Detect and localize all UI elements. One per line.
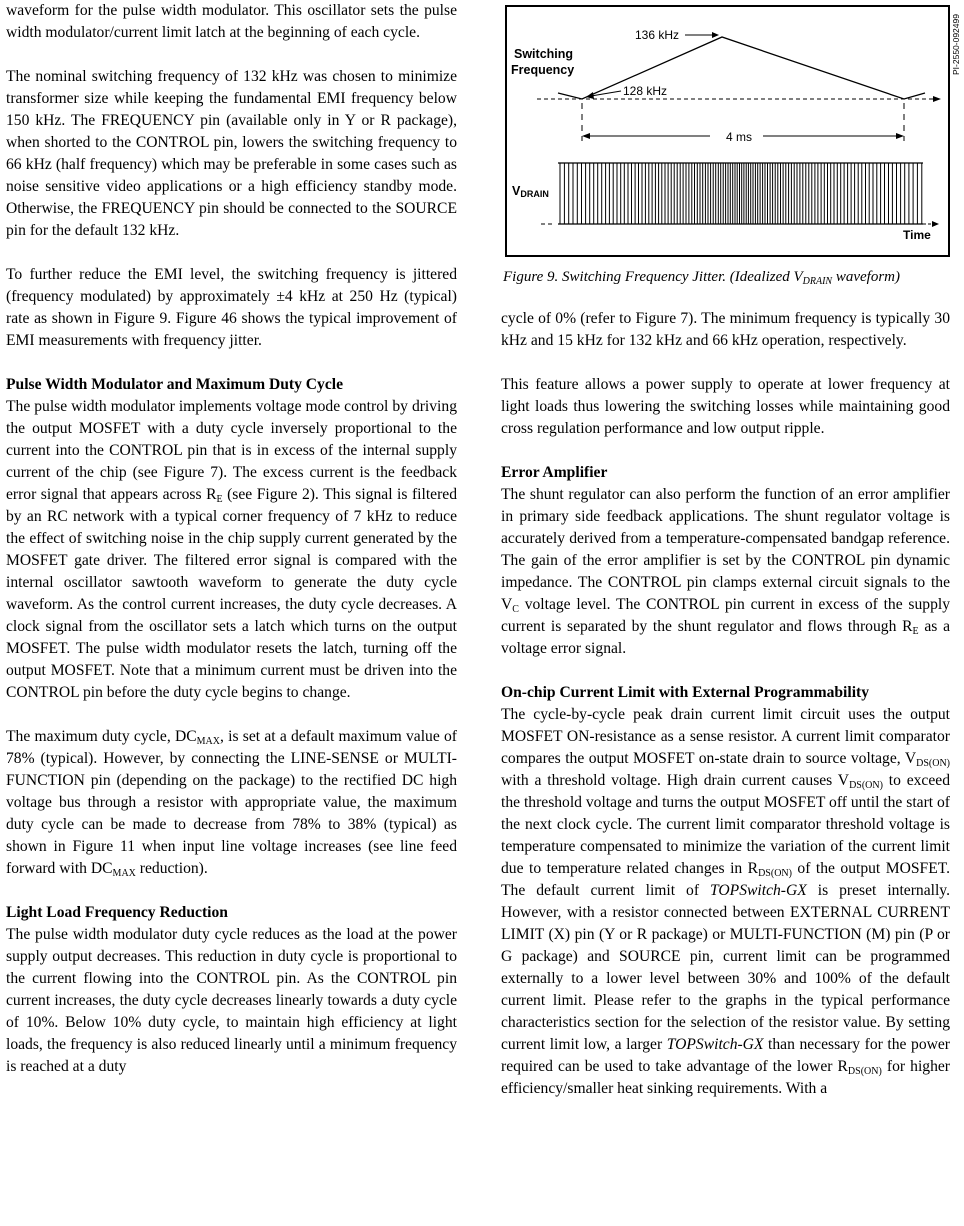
paragraph-min-frequency: cycle of 0% (refer to Figure 7). The min… xyxy=(501,308,950,352)
label-vdrain: VDRAIN xyxy=(512,184,549,199)
heading-error-amplifier: Error Amplifier xyxy=(501,462,950,484)
figure-id: PI-2550-092499 xyxy=(951,5,963,75)
paragraph-current-limit: The cycle-by-cycle peak drain current li… xyxy=(501,704,950,1100)
diagram-title-line2: Frequency xyxy=(511,63,574,77)
label-min-frequency: 128 kHz xyxy=(623,84,667,98)
paragraph-light-load-benefit: This feature allows a power supply to op… xyxy=(501,374,950,440)
paragraph-light-load: The pulse width modulator duty cycle red… xyxy=(6,924,457,1078)
label-period: 4 ms xyxy=(726,130,752,144)
heading-current-limit: On-chip Current Limit with External Prog… xyxy=(501,682,950,704)
paragraph-error-amplifier: The shunt regulator can also perform the… xyxy=(501,484,950,660)
label-time-axis: Time xyxy=(903,228,931,242)
paragraph-oscillator: waveform for the pulse width modulator. … xyxy=(6,0,457,44)
left-column: waveform for the pulse width modulator. … xyxy=(6,0,457,1078)
paragraph-nominal-frequency: The nominal switching frequency of 132 k… xyxy=(6,66,457,242)
switching-frequency-jitter-diagram: Switching Frequency 136 kHz 128 kHz 4 ms… xyxy=(505,5,953,261)
label-max-frequency: 136 kHz xyxy=(635,28,679,42)
vdrain-pulse-train xyxy=(560,163,922,224)
right-column: cycle of 0% (refer to Figure 7). The min… xyxy=(501,308,950,1100)
heading-pwm: Pulse Width Modulator and Maximum Duty C… xyxy=(6,374,457,396)
figure-9-caption: Figure 9. Switching Frequency Jitter. (I… xyxy=(503,266,953,288)
heading-light-load: Light Load Frequency Reduction xyxy=(6,902,457,924)
paragraph-jitter: To further reduce the EMI level, the swi… xyxy=(6,264,457,352)
paragraph-max-duty-cycle: The maximum duty cycle, DCMAX, is set at… xyxy=(6,726,457,880)
diagram-title-line1: Switching xyxy=(514,47,573,61)
paragraph-pwm: The pulse width modulator implements vol… xyxy=(6,396,457,704)
